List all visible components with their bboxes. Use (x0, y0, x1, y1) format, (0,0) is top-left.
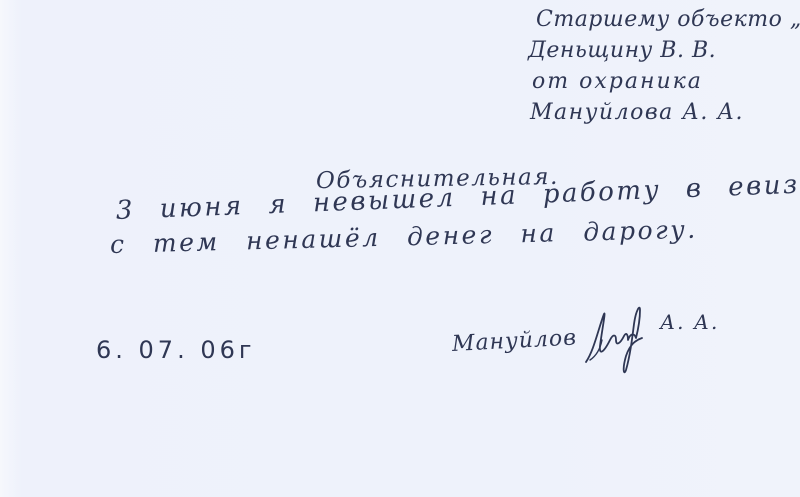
signature-initials: А. А. (660, 310, 719, 334)
addressee-line-position: Старшему объекто „Октя (536, 4, 800, 35)
addressee-line-from: от охраника (532, 66, 800, 97)
addressee-line-sender: Мануйлова А. А. (530, 97, 800, 128)
document-date: 6. 07. 06г (96, 336, 255, 364)
paper-sheet: Старшему объекто „Октя Деньщину В. В. от… (0, 0, 800, 497)
signature-mark-icon (580, 300, 660, 380)
signature-block: Мануйлов А. А. (452, 300, 752, 380)
signature-surname: Мануйлов (451, 325, 577, 357)
addressee-block: Старшему объекто „Октя Деньщину В. В. от… (536, 4, 800, 128)
addressee-line-name: Деньщину В. В. (528, 35, 800, 66)
